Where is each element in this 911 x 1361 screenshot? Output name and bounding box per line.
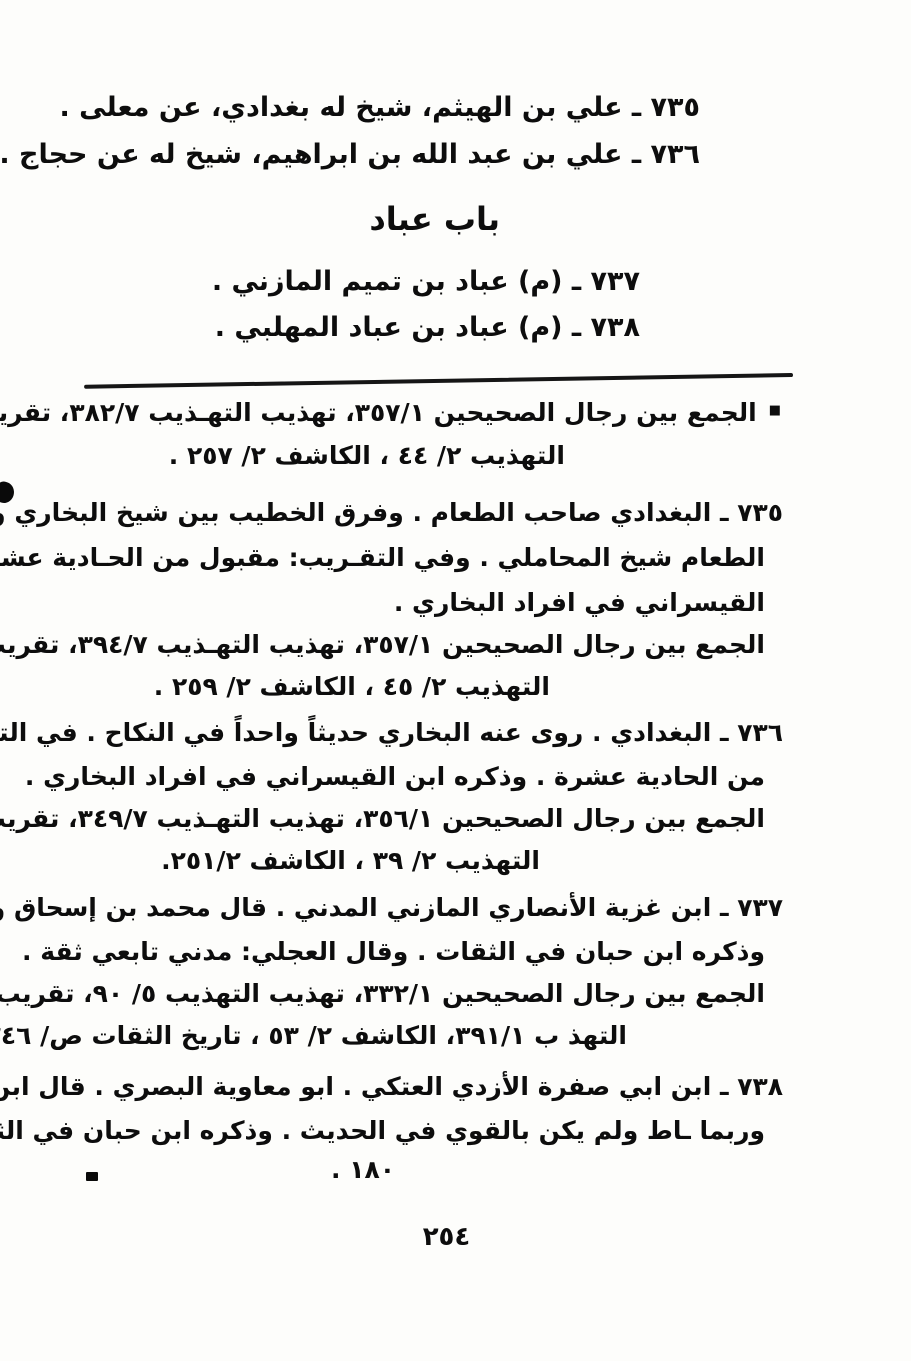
entry-line-735: ٧٣٥ ـ علي بن الهيثم، شيخ له بغدادي، عن م… (59, 92, 700, 123)
footnote-line: الطعام شيخ المحاملي . وفي التقـريب: مقبو… (0, 543, 765, 572)
page-number: ٢٥٤ (0, 1222, 893, 1252)
footnote-line: الجمع بين رجال الصحيحين ٣٥٧/١، تهذيب الت… (0, 630, 765, 659)
footnote-text: الجمع بين رجال الصحيحين ٣٥٧/١، تهذيب الت… (0, 398, 757, 427)
entry-line-737: ٧٣٧ ـ (م) عباد بن تميم المازني . (212, 266, 640, 297)
book-page: ٧٣٥ ـ علي بن الهيثم، شيخ له بغدادي، عن م… (0, 0, 911, 1361)
footnote-line: وربما ـاط ولم يكن بالقوي في الحديث . وذك… (0, 1116, 765, 1145)
footnote-line: الجمع بين رجال الصحيحين ٣٣٢/١، تهذيب الت… (0, 979, 765, 1008)
footnote-line: التهذ ب ٣٩١/١، الكاشف ٢/ ٥٣ ، تاريخ الثق… (0, 1021, 627, 1050)
footnote-line: ٧٣٨ ـ ابن ابي صفرة الأزدي العتكي . ابو م… (0, 1072, 783, 1101)
footnote-line: من الحادية عشرة . وذكره ابن القيسراني في… (25, 762, 765, 791)
footnote-line: ■الجمع بين رجال الصحيحين ٣٥٧/١، تهذيب ال… (0, 398, 781, 427)
printer-mark (86, 1172, 98, 1181)
footnote-line: ٧٣٦ ـ البغدادي . روى عنه البخاري حديثاً … (0, 718, 783, 747)
footnote-divider-rule (84, 373, 793, 389)
footnote-line: التهذيب ٢/ ٤٥ ، الكاشف ٢/ ٢٥٩ . (154, 672, 550, 701)
footnote-line: الجمع بين رجال الصحيحين ٣٥٦/١، تهذيب الت… (0, 804, 765, 833)
chapter-heading: باب عباد (369, 200, 500, 238)
footnote-line: التهذيب ٢/ ٤٤ ، الكاشف ٢/ ٢٥٧ . (169, 441, 565, 470)
footnote-line: التهذيب ٢/ ٣٩ ، الكاشف ٢٥١/٢. (161, 846, 540, 875)
footnote-line: ١٨٠ . (331, 1155, 395, 1184)
footnote-bullet-icon: ■ (769, 403, 781, 418)
footnote-line: ٧٣٥ ـ البغدادي صاحب الطعام . وفرق الخطيب… (0, 498, 783, 527)
footnote-line: ٧٣٧ ـ ابن غزية الأنصاري المازني المدني .… (0, 893, 783, 922)
footnote-line: وذكره ابن حبان في الثقات . وقال العجلي: … (22, 937, 765, 966)
footnote-line: القيسراني في افراد البخاري . (394, 588, 765, 617)
entry-line-736: ٧٣٦ ـ علي بن عبد الله بن ابراهيم، شيخ له… (0, 139, 700, 170)
entry-line-738: ٧٣٨ ـ (م) عباد بن عباد المهلبي . (215, 312, 640, 343)
